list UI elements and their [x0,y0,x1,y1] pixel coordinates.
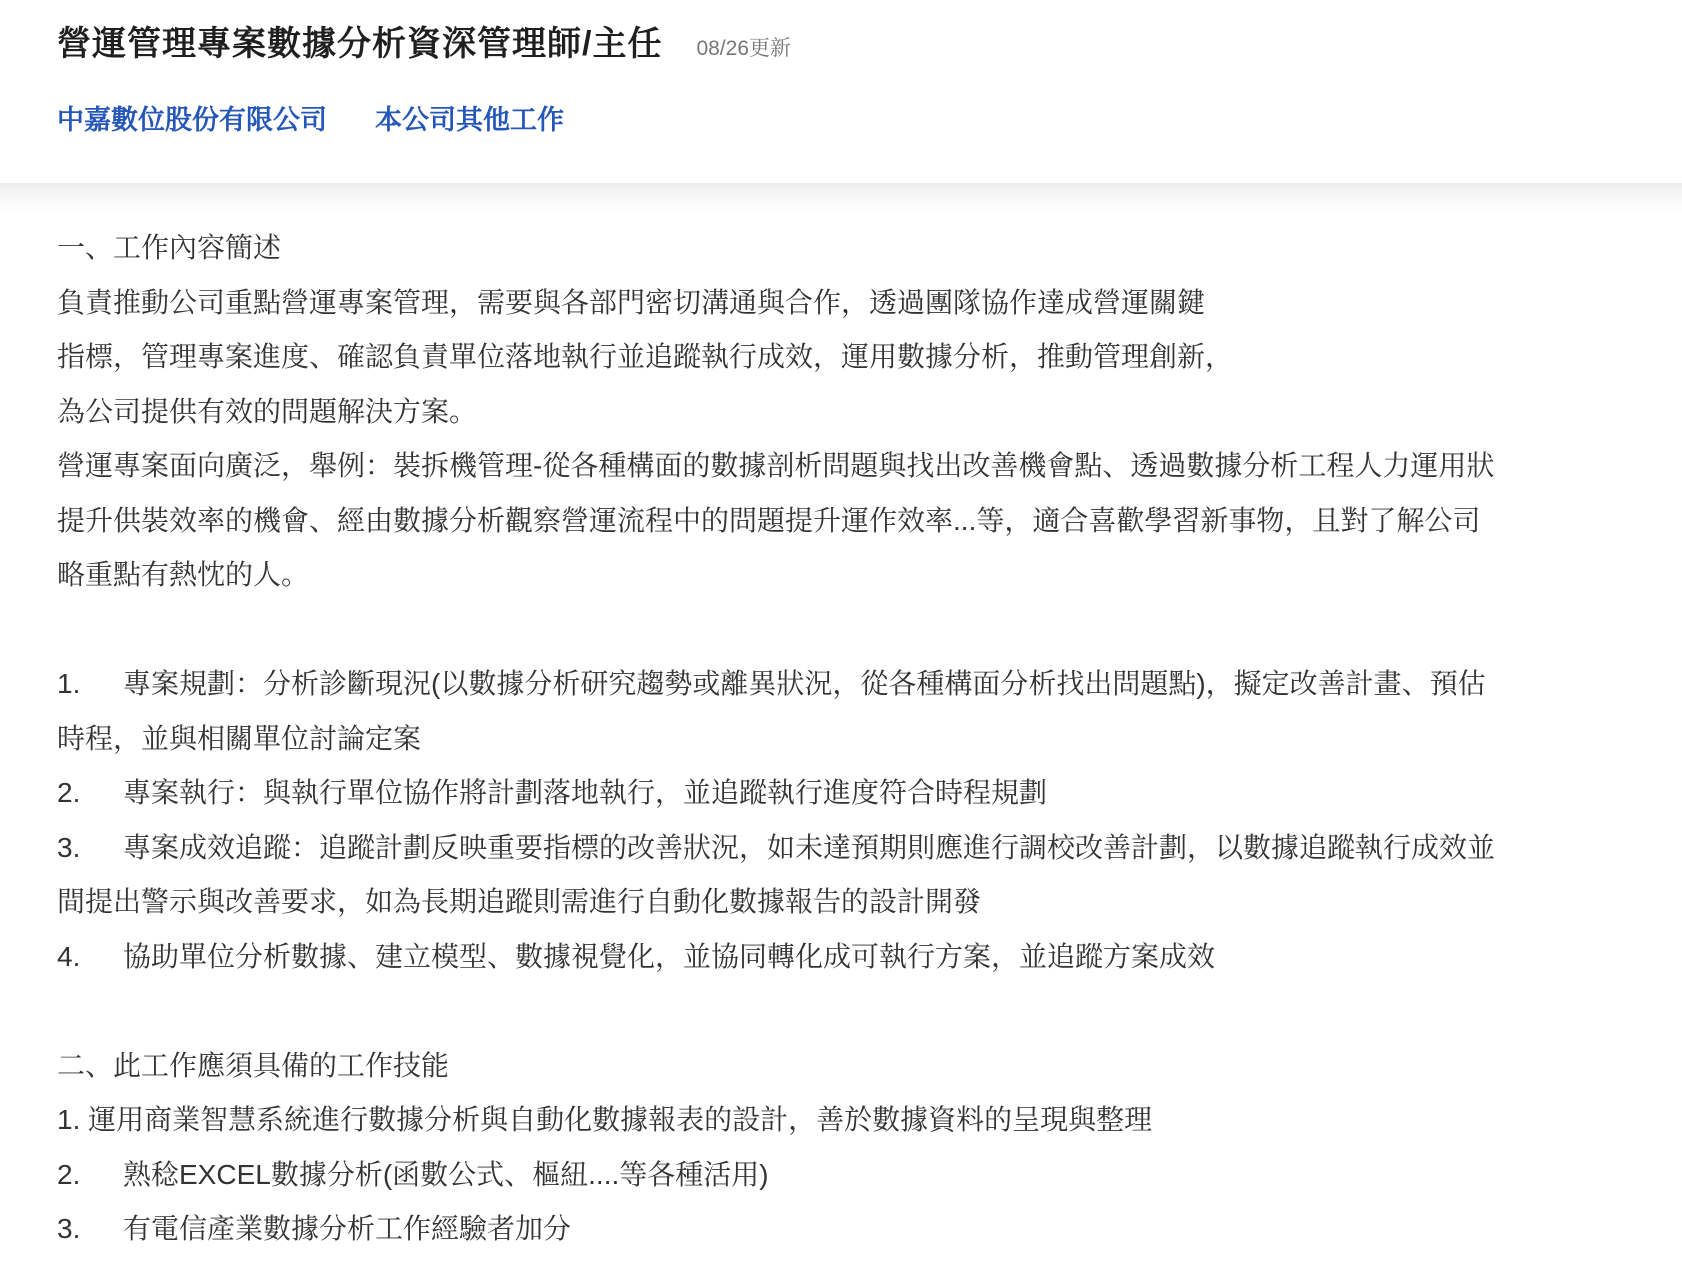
paragraph-line: 略重點有熱忱的人。 [57,548,1682,603]
skill-item-3: 3.有電信產業數據分析工作經驗者加分 [57,1202,1682,1257]
list-item-2: 2.專案執行：與執行單位協作將計劃落地執行，並追蹤執行進度符合時程規劃 [57,766,1682,821]
list-item-3: 3.專案成效追蹤：追蹤計劃反映重要指標的改善狀況，如未達預期則應進行調校改善計劃… [57,821,1682,876]
skill-item-2: 2.熟稔EXCEL數據分析(函數公式、樞紐....等各種活用) [57,1148,1682,1203]
list-number: 3. [57,1202,123,1257]
section-heading-1: 一、工作內容簡述 [57,221,1682,276]
paragraph-line: 營運專案面向廣泛，舉例：裝拆機管理-從各種構面的數據剖析問題與找出改善機會點、透… [57,439,1682,494]
list-number: 1. [57,657,123,712]
list-item-1: 1.專案規劃：分析診斷現況(以數據分析研究趨勢或離異狀況，從各種構面分析找出問題… [57,657,1682,712]
page-title: 營運管理專案數據分析資深管理師/主任 [57,16,662,65]
list-number: 2. [57,766,123,821]
paragraph-line: 提升供裝效率的機會、經由數據分析觀察營運流程中的問題提升運作效率...等，適合喜… [57,494,1682,549]
spacer-line [57,984,1682,1039]
company-link[interactable]: 中嘉數位股份有限公司 [57,98,327,137]
paragraph-line: 為公司提供有效的問題解決方案。 [57,385,1682,440]
updated-date: 08/26更新 [696,32,791,62]
other-jobs-link[interactable]: 本公司其他工作 [375,98,564,137]
paragraph-line: 時程，並與相關單位討論定案 [57,712,1682,767]
job-header: 營運管理專案數據分析資深管理師/主任 08/26更新 中嘉數位股份有限公司 本公… [0,0,1682,183]
job-description: 一、工作內容簡述 負責推動公司重點營運專案管理，需要與各部門密切溝通與合作，透過… [0,215,1682,1257]
links-row: 中嘉數位股份有限公司 本公司其他工作 [57,98,1682,137]
paragraph-line: 指標，管理專案進度、確認負責單位落地執行並追蹤執行成效，運用數據分析，推動管理創… [57,330,1682,385]
skill-item-1: 1. 運用商業智慧系統進行數據分析與自動化數據報表的設計，善於數據資料的呈現與整… [57,1093,1682,1148]
list-number: 4. [57,930,123,985]
list-item-4: 4.協助單位分析數據、建立模型、數據視覺化，並協同轉化成可執行方案，並追蹤方案成… [57,930,1682,985]
section-heading-2: 二、此工作應須具備的工作技能 [57,1039,1682,1094]
header-shadow-divider [0,183,1682,215]
list-number: 2. [57,1148,123,1203]
list-number: 3. [57,821,123,876]
paragraph-line: 間提出警示與改善要求，如為長期追蹤則需進行自動化數據報告的設計開發 [57,875,1682,930]
paragraph-line: 負責推動公司重點營運專案管理，需要與各部門密切溝通與合作，透過團隊協作達成營運關… [57,276,1682,331]
spacer-line [57,603,1682,658]
title-row: 營運管理專案數據分析資深管理師/主任 08/26更新 [57,16,1682,65]
